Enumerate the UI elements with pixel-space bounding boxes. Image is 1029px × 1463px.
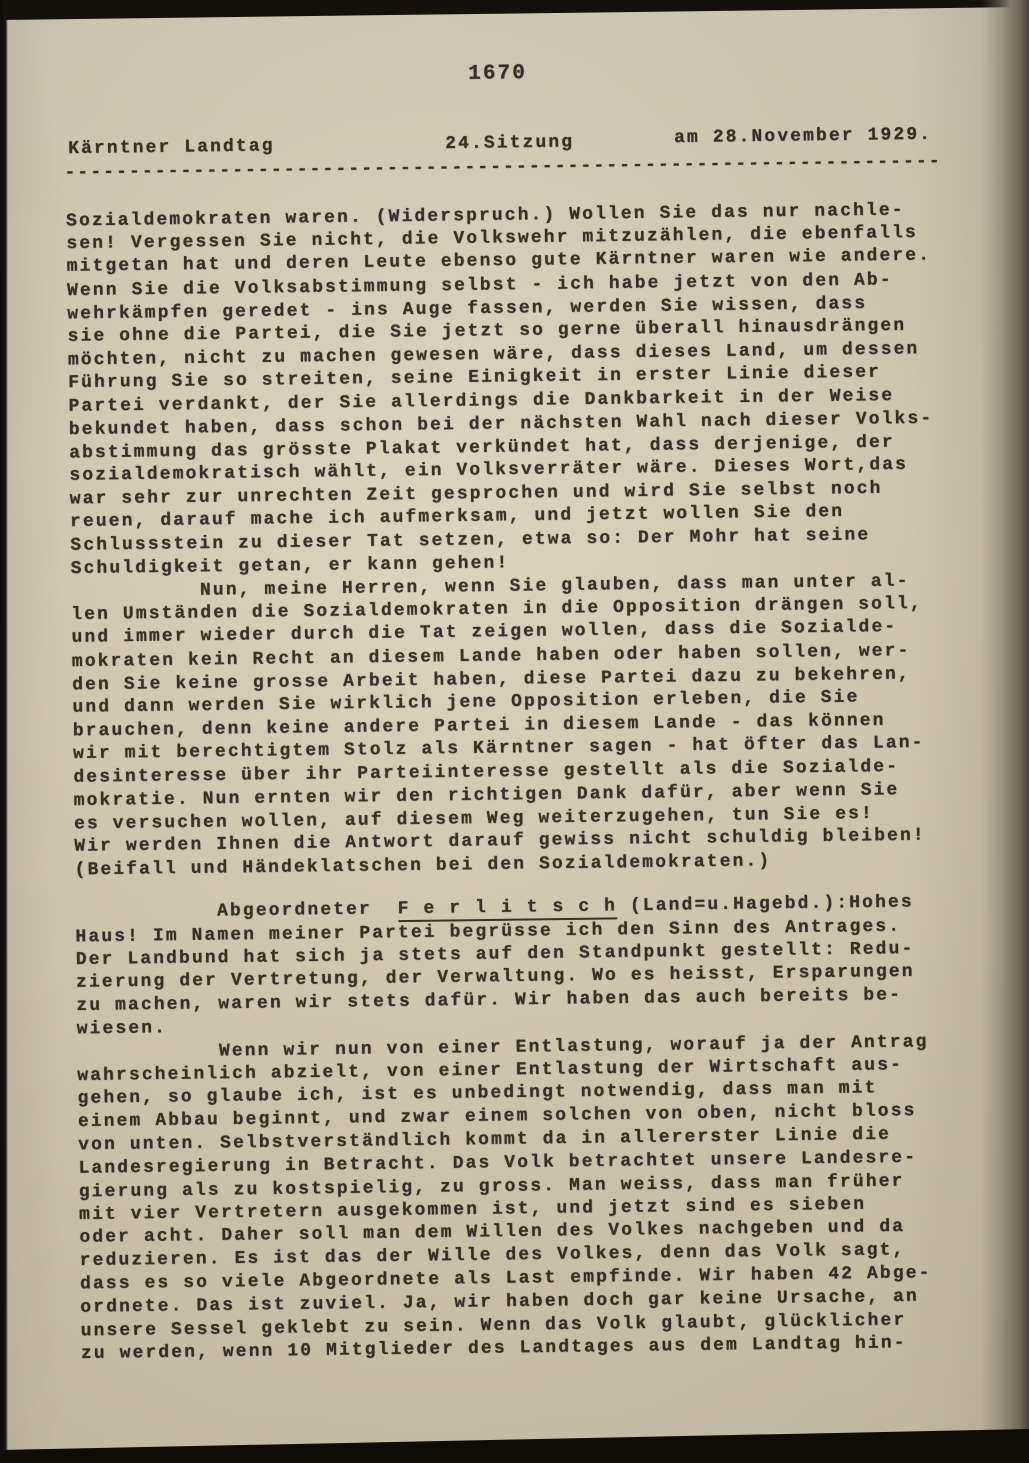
paragraph-speaker-ferlitsch: Abgeordneter F e r l i t s c h (Land=u.H…	[75, 890, 997, 1041]
page-number: 1670	[468, 62, 527, 86]
paragraph-speech-continuation: Sozialdemokraten waren. (Widerspruch.) W…	[66, 198, 991, 581]
paragraph-wenn-wir-nun: Wenn wir nun von einer Entlastung, worau…	[77, 1030, 1001, 1367]
speaker-prefix: Abgeordneter	[75, 900, 398, 924]
header-session-number: 24.Sitzung	[445, 132, 574, 154]
speech-transcript: Sozialdemokraten waren. (Widerspruch.) W…	[66, 198, 1001, 1366]
speaker-speech-lines: Haus! Im Namen meiner Partei begrüsse ic…	[75, 914, 996, 1042]
paragraph-nun-meine-herren: Nun, meine Herren, wenn Sie glauben, das…	[71, 569, 995, 882]
page-content: 1670 Kärntner Landtag 24.Sitzung am 28.N…	[0, 0, 1029, 1463]
scanned-page: 1670 Kärntner Landtag 24.Sitzung am 28.N…	[0, 0, 1029, 1463]
scan-edge-right-shadow-band	[981, 0, 1029, 1463]
header-institution: Kärntner Landtag	[68, 136, 275, 159]
header-date: am 28.November 1929.	[674, 125, 932, 148]
scan-edge-left-black-strip	[0, 0, 8, 1463]
speaker-party-suffix: (Land=u.Hagebd.):Hohes	[617, 893, 914, 917]
